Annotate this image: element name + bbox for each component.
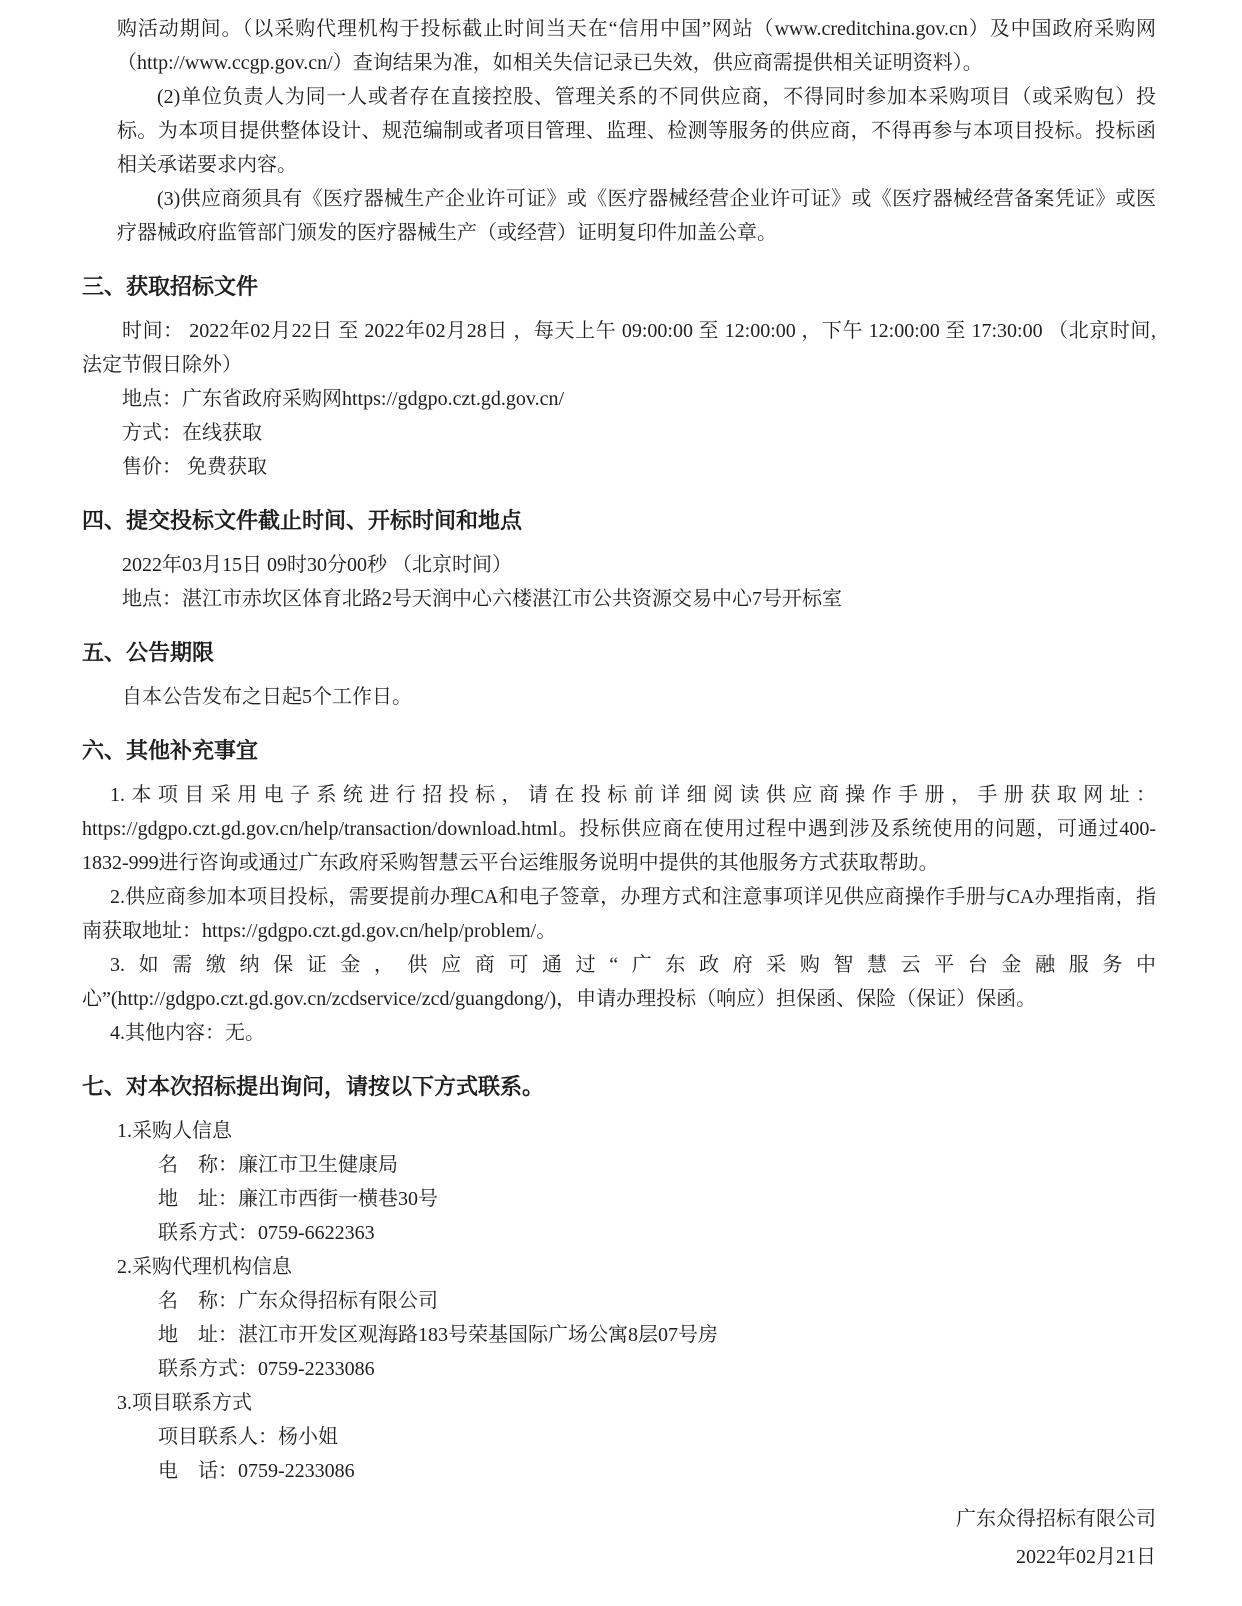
section3-time-line: 时间： 2022年02月22日 至 2022年02月28日 ，每天上午 09:0… (82, 314, 1156, 382)
section4-place-line: 地点：湛江市赤坎区体育北路2号天润中心六楼湛江市公共资源交易中心7号开标室 (82, 582, 1156, 616)
section6-heading: 六、其他补充事宜 (82, 734, 1156, 768)
section6-paragraph-4: 4.其他内容：无。 (82, 1016, 1156, 1050)
section6-paragraph-2: 2.供应商参加本项目投标，需要提前办理CA和电子签章，办理方式和注意事项详见供应… (82, 880, 1156, 948)
purchaser-name-line: 名 称：廉江市卫生健康局 (158, 1148, 1156, 1182)
section5-body-line: 自本公告发布之日起5个工作日。 (82, 680, 1156, 714)
section5-heading: 五、公告期限 (82, 636, 1156, 670)
section3-place-line: 地点：广东省政府采购网https://gdgpo.czt.gd.gov.cn/ (82, 382, 1156, 416)
signature-block: 广东众得招标有限公司 2022年02月21日 (82, 1500, 1156, 1576)
project-contact-title: 3.项目联系方式 (117, 1386, 1156, 1420)
section7-body: 1.采购人信息 名 称：廉江市卫生健康局 地 址：廉江市西街一横巷30号 联系方… (82, 1114, 1156, 1488)
intro-paragraph-3: (3)供应商须具有《医疗器械生产企业许可证》或《医疗器械经营企业许可证》或《医疗… (117, 182, 1156, 250)
section3-body: 时间： 2022年02月22日 至 2022年02月28日 ，每天上午 09:0… (82, 314, 1156, 484)
agency-contact-line: 联系方式：0759-2233086 (158, 1352, 1156, 1386)
agency-info-title: 2.采购代理机构信息 (117, 1250, 1156, 1284)
section6-paragraph-3: 3.如需缴纳保证金，供应商可通过“广东政府采购智慧云平台金融服务中心”(http… (82, 948, 1156, 1016)
signature-date: 2022年02月21日 (82, 1538, 1156, 1576)
project-contact-person-line: 项目联系人：杨小姐 (158, 1420, 1156, 1454)
document-page: 购活动期间。（以采购代理机构于投标截止时间当天在“信用中国”网站（www.cre… (0, 0, 1242, 1606)
section3-price-line: 售价： 免费获取 (82, 450, 1156, 484)
intro-block: 购活动期间。（以采购代理机构于投标截止时间当天在“信用中国”网站（www.cre… (117, 12, 1156, 250)
intro-paragraph-continuation: 购活动期间。（以采购代理机构于投标截止时间当天在“信用中国”网站（www.cre… (117, 12, 1156, 80)
purchaser-info-title: 1.采购人信息 (117, 1114, 1156, 1148)
section4-deadline-line: 2022年03月15日 09时30分00秒 （北京时间） (82, 548, 1156, 582)
project-contact-phone-line: 电 话：0759-2233086 (158, 1454, 1156, 1488)
section4-heading: 四、提交投标文件截止时间、开标时间和地点 (82, 504, 1156, 538)
section6-body: 1.本项目采用电子系统进行招投标，请在投标前详细阅读供应商操作手册，手册获取网址… (82, 778, 1156, 1050)
intro-paragraph-2: (2)单位负责人为同一人或者存在直接控股、管理关系的不同供应商，不得同时参加本采… (117, 80, 1156, 182)
signature-company: 广东众得招标有限公司 (82, 1500, 1156, 1538)
section7-heading: 七、对本次招标提出询问，请按以下方式联系。 (82, 1070, 1156, 1104)
section6-paragraph-1: 1.本项目采用电子系统进行招投标，请在投标前详细阅读供应商操作手册，手册获取网址… (82, 778, 1156, 880)
purchaser-contact-line: 联系方式：0759-6622363 (158, 1216, 1156, 1250)
section5-body: 自本公告发布之日起5个工作日。 (82, 680, 1156, 714)
agency-address-line: 地 址：湛江市开发区观海路183号荣基国际广场公寓8层07号房 (158, 1318, 1156, 1352)
section3-method-line: 方式：在线获取 (82, 416, 1156, 450)
purchaser-address-line: 地 址：廉江市西街一横巷30号 (158, 1182, 1156, 1216)
section4-body: 2022年03月15日 09时30分00秒 （北京时间） 地点：湛江市赤坎区体育… (82, 548, 1156, 616)
section3-heading: 三、获取招标文件 (82, 270, 1156, 304)
agency-name-line: 名 称：广东众得招标有限公司 (158, 1284, 1156, 1318)
